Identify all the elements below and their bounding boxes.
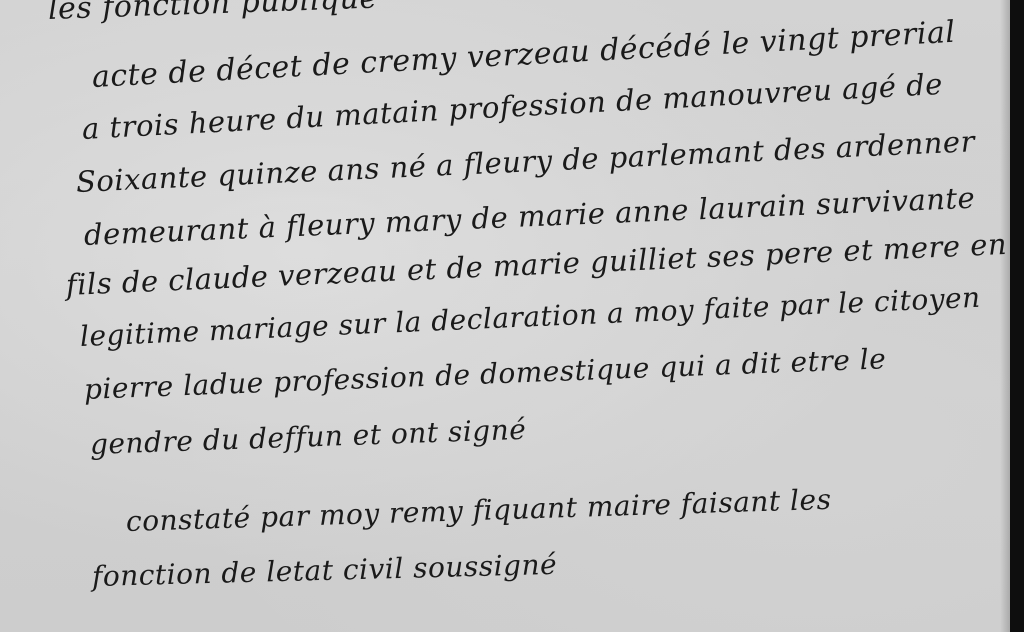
document-page: les fonction publique acte de décet de c…	[0, 0, 1010, 632]
text-line: fonction de letat civil soussigné	[92, 548, 558, 593]
text-line: gendre du deffun et ont signé	[89, 413, 526, 461]
text-line: pierre ladue profession de domestique qu…	[83, 342, 886, 406]
page-border	[1010, 0, 1024, 632]
page-shadow	[1000, 0, 1010, 632]
text-line: les fonction publique	[47, 0, 378, 27]
text-line: constaté par moy remy fiquant maire fais…	[125, 483, 831, 538]
